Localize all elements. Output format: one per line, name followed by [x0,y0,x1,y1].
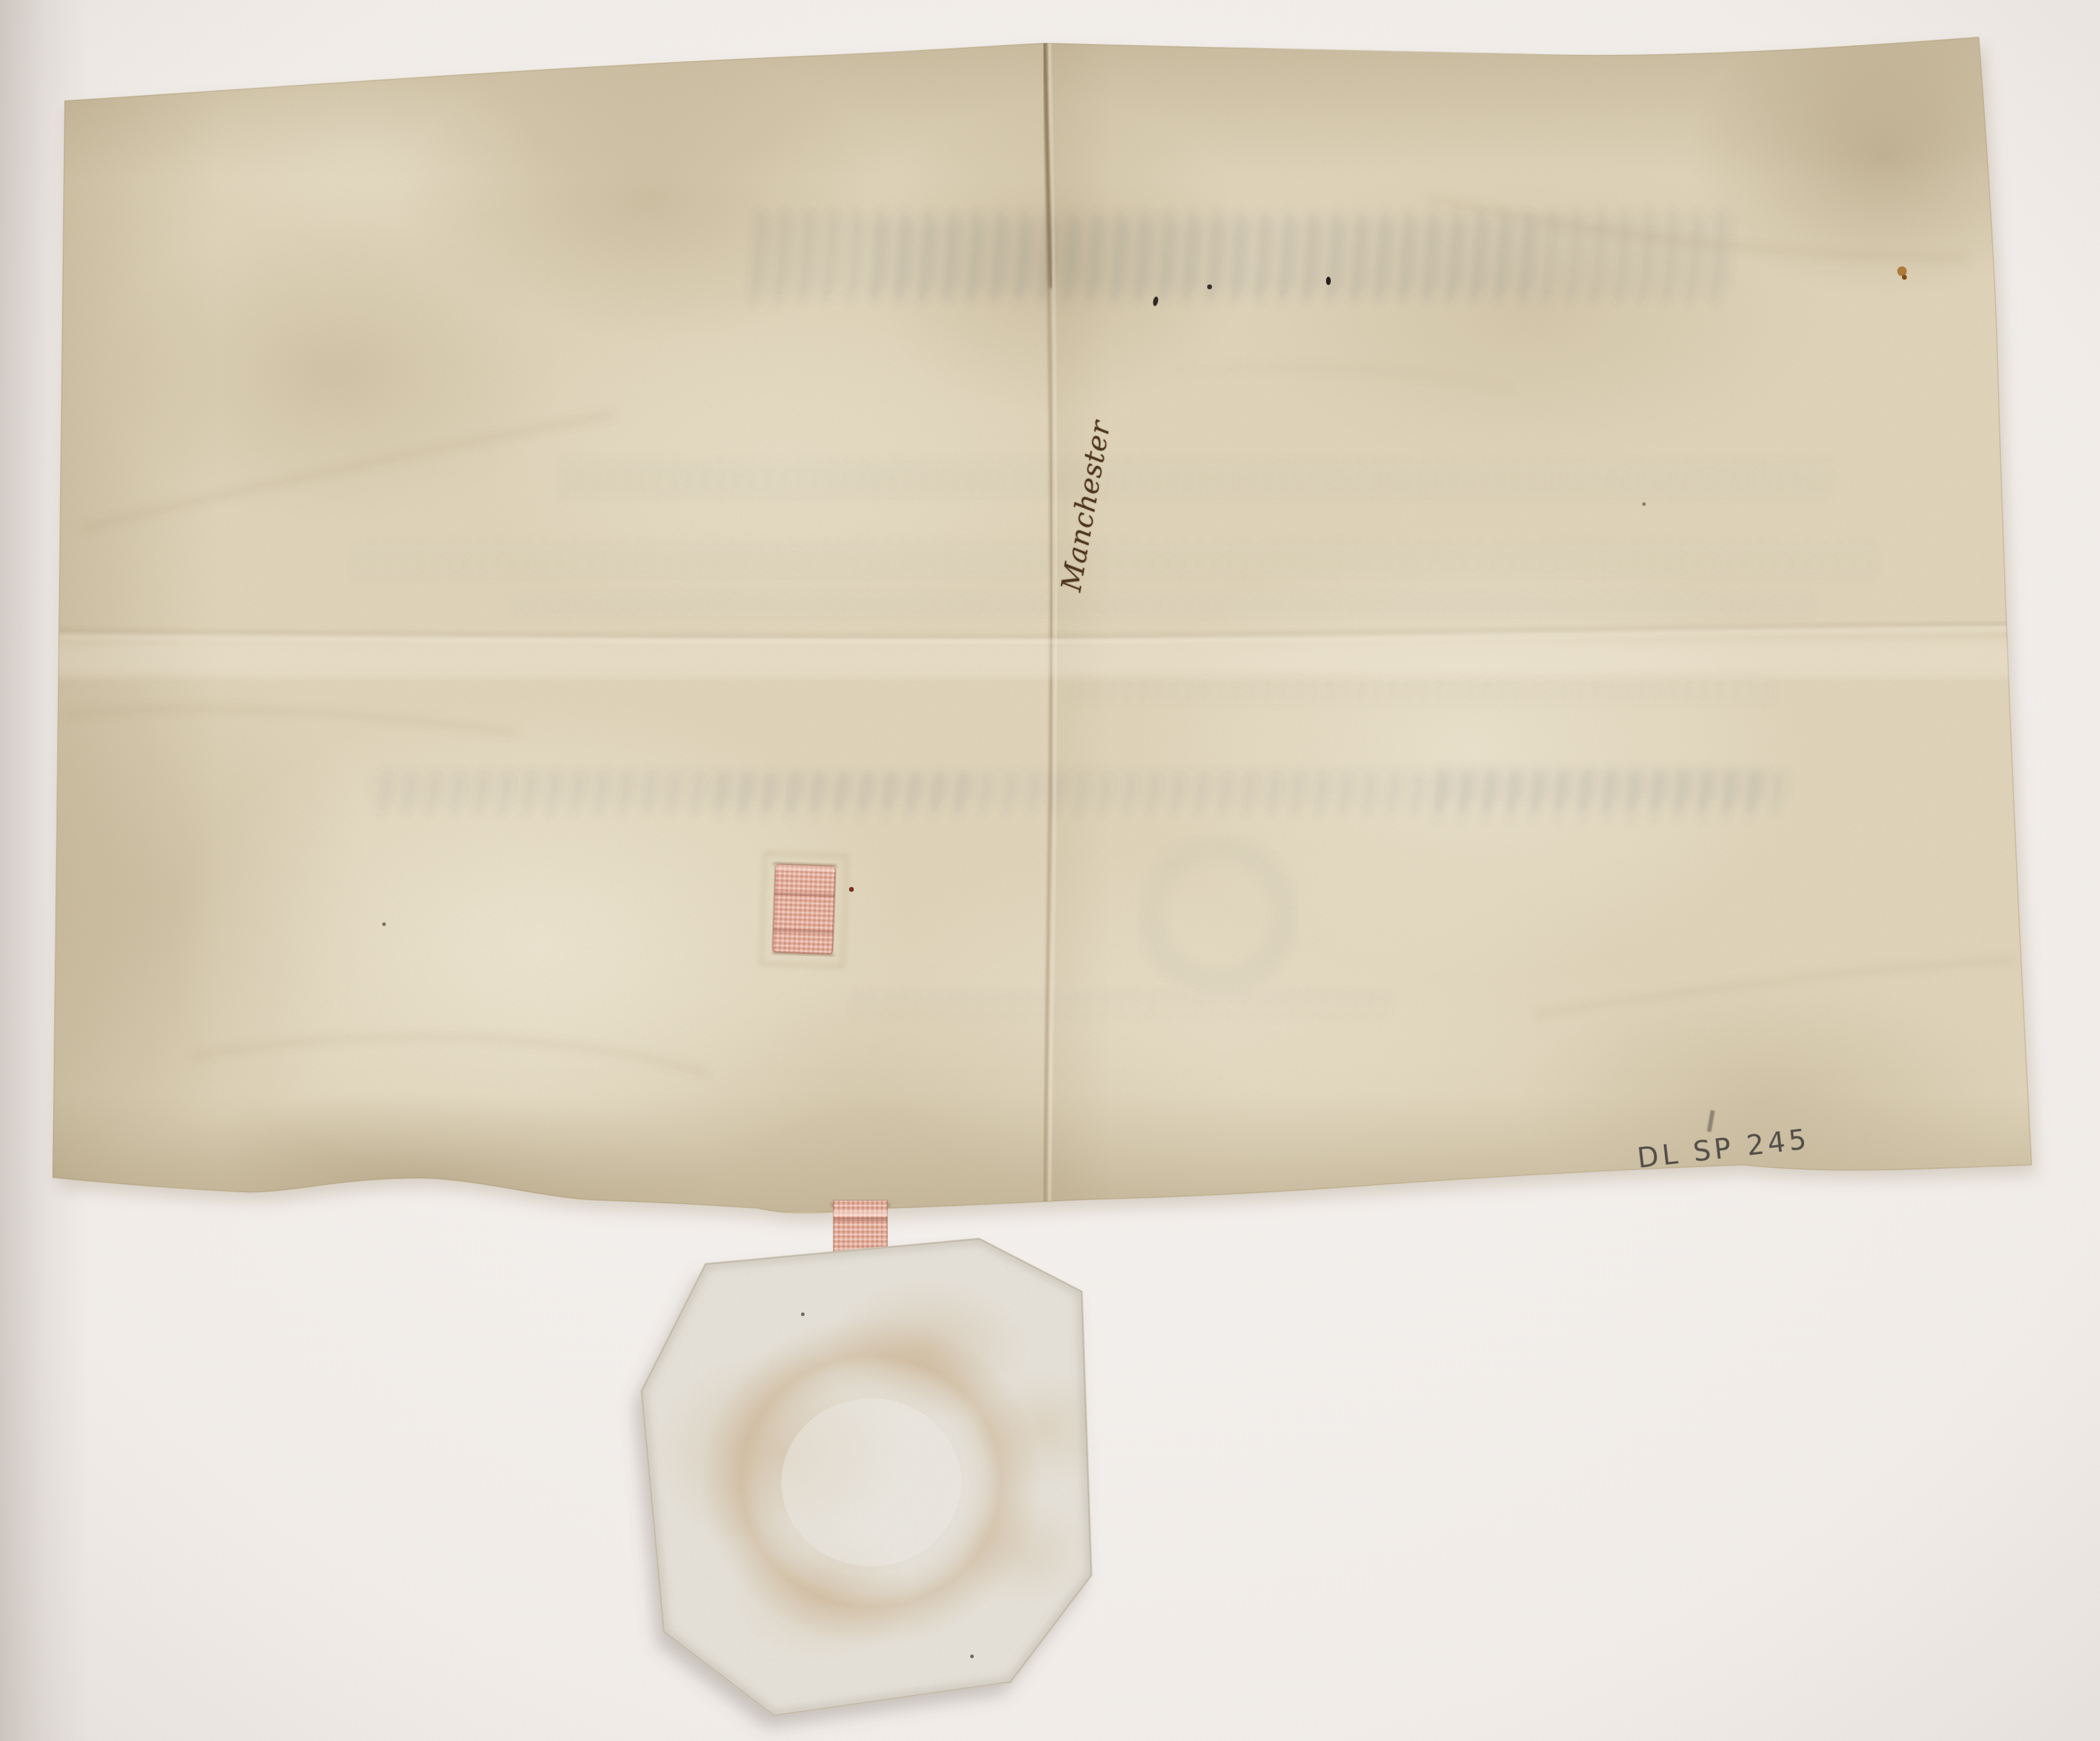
photo-backdrop: Manchester DL SP 245 [0,0,2100,1741]
photo-canvas [0,0,2100,1741]
